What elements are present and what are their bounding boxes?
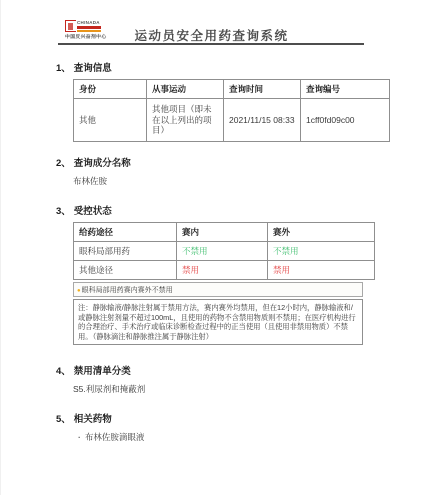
section-number: 2、 <box>56 158 71 169</box>
query-number-value: 1cff0fd09c00 <box>301 99 390 142</box>
sport-value: 其他项目（即未在以上列出的项目） <box>147 99 224 142</box>
table-header-row: 给药途径 赛内 赛外 <box>74 223 375 242</box>
status-table: 给药途径 赛内 赛外 眼科局部用药 不禁用 不禁用 其他途径 禁用 禁用 <box>73 222 375 280</box>
section-heading-query-info: 1、查询信息 <box>56 60 366 74</box>
section-heading-status: 3、受控状态 <box>56 203 366 217</box>
section-title: 查询信息 <box>74 63 112 74</box>
col-query-number: 查询编号 <box>301 80 390 99</box>
list-bullet-icon: · <box>78 432 81 442</box>
related-drug-name: 布林佐胺滴眼液 <box>85 432 145 442</box>
section-title: 查询成分名称 <box>74 158 131 169</box>
query-time-value: 2021/11/15 08:33 <box>224 99 301 142</box>
in-competition-status: 禁用 <box>177 261 268 280</box>
col-query-time: 查询时间 <box>224 80 301 99</box>
col-route: 给药途径 <box>74 223 177 242</box>
status-highlight-row: ●眼科局部用药赛内赛外不禁用 <box>73 282 363 297</box>
section-number: 1、 <box>56 63 71 74</box>
out-competition-status: 禁用 <box>268 261 375 280</box>
prohibited-class-value: S5.利尿剂和掩蔽剂 <box>73 383 366 395</box>
section-heading-ingredient: 2、查询成分名称 <box>56 155 366 169</box>
col-in-competition: 赛内 <box>177 223 268 242</box>
section-title: 受控状态 <box>74 206 112 217</box>
out-competition-status: 不禁用 <box>268 242 375 261</box>
identity-value: 其他 <box>74 99 147 142</box>
header-divider <box>58 43 364 45</box>
status-note: 注：静脉输液/静脉注射属于禁用方法，赛内赛外均禁用，但在12小时内，静脉输液和/… <box>73 299 363 345</box>
table-row: 眼科局部用药 不禁用 不禁用 <box>74 242 375 261</box>
table-header-row: 身份 从事运动 查询时间 查询编号 <box>74 80 390 99</box>
route-value: 眼科局部用药 <box>74 242 177 261</box>
section-title: 相关药物 <box>74 414 112 425</box>
report-body: 1、查询信息 身份 从事运动 查询时间 查询编号 其他 其他项目（即未在以上列出… <box>56 60 366 443</box>
page-header: CHINADA 中国反兴奋剂中心 运动员安全用药查询系统 <box>1 0 421 46</box>
query-info-table: 身份 从事运动 查询时间 查询编号 其他 其他项目（即未在以上列出的项目） 20… <box>73 79 390 142</box>
list-item: ·布林佐胺滴眼液 <box>78 431 366 443</box>
section-number: 3、 <box>56 206 71 217</box>
route-value: 其他途径 <box>74 261 177 280</box>
section-heading-prohibited-class: 4、禁用清单分类 <box>56 363 366 377</box>
col-identity: 身份 <box>74 80 147 99</box>
section-number: 5、 <box>56 414 71 425</box>
status-highlight-text: 眼科局部用药赛内赛外不禁用 <box>82 287 173 294</box>
section-heading-related-drugs: 5、相关药物 <box>56 411 366 425</box>
ingredient-name: 布林佐胺 <box>73 175 366 187</box>
in-competition-status: 不禁用 <box>177 242 268 261</box>
orange-dot-icon: ● <box>77 288 81 294</box>
section-title: 禁用清单分类 <box>74 366 131 377</box>
section-number: 4、 <box>56 366 71 377</box>
chinada-logo-text: CHINADA <box>77 20 101 25</box>
col-sport: 从事运动 <box>147 80 224 99</box>
col-out-competition: 赛外 <box>268 223 375 242</box>
table-row: 其他途径 禁用 禁用 <box>74 261 375 280</box>
page-title: 运动员安全用药查询系统 <box>1 26 421 44</box>
table-row: 其他 其他项目（即未在以上列出的项目） 2021/11/15 08:33 1cf… <box>74 99 390 142</box>
